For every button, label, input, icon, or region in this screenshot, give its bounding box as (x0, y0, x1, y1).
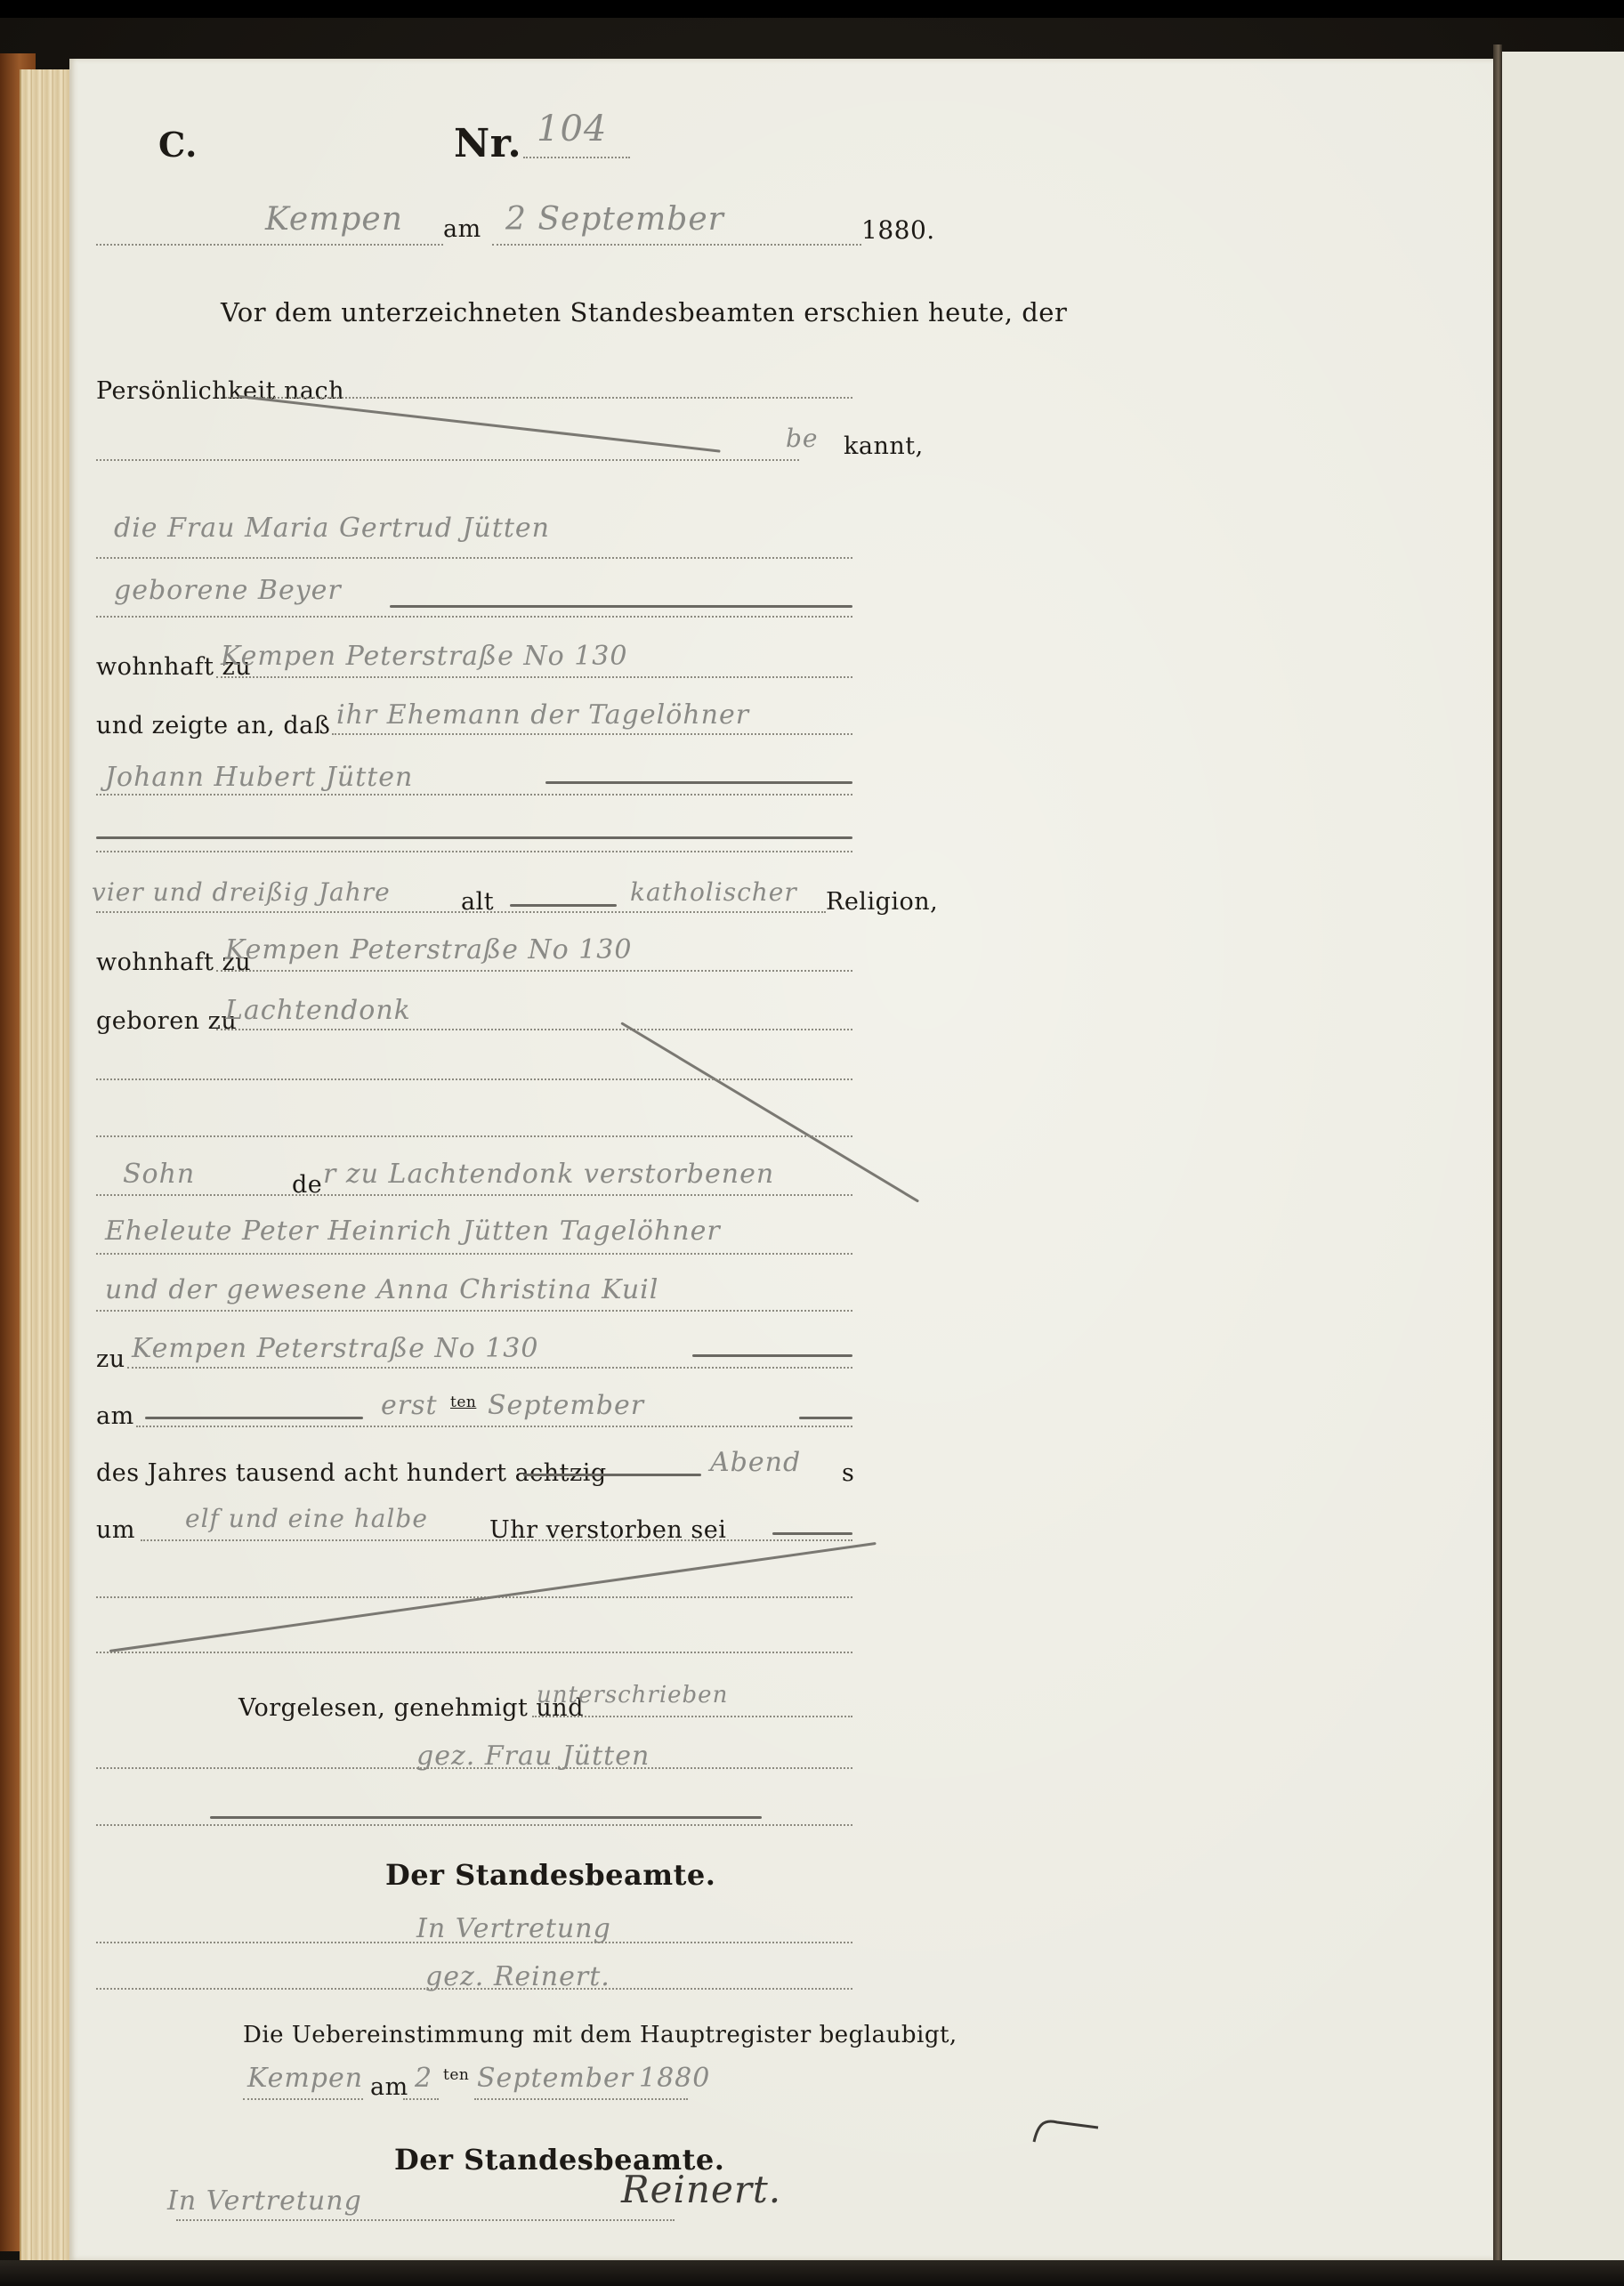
final-signature-name: Reinert. (621, 2168, 781, 2211)
announcement-value: ihr Ehemann der Tagelöhner (336, 699, 749, 731)
death-place-line (127, 1367, 852, 1369)
parents-father: Eheleute Peter Heinrich Jütten Tagelöhne… (105, 1216, 721, 1247)
religion-label: Religion, (826, 888, 938, 916)
death-day-suffix: ten (450, 1393, 476, 1411)
blank-line (96, 1078, 852, 1080)
death-time-of-day-suffix: s (842, 1459, 854, 1487)
announcement-line (332, 733, 852, 735)
record-number: 104 (537, 109, 607, 149)
officer-signature-line-1: In Vertretung (416, 1913, 611, 1944)
strike-through-identity (238, 395, 721, 453)
officer-sig-line-1 (96, 1942, 852, 1943)
deceased-name-line (96, 794, 852, 796)
informant-residence: Kempen Peterstraße No 130 (221, 641, 627, 672)
fill-rule (523, 1474, 701, 1476)
window-title-bar: /Abt_Rheinland/PA_3103/~146/14646/R_PA_3… (0, 0, 1624, 18)
cert-day-line (403, 2098, 439, 2100)
cert-month-line (474, 2098, 688, 2100)
death-month: September (488, 1390, 644, 1421)
read-approved-line (532, 1716, 852, 1717)
read-approved-label: Vorgelesen, genehmigt und (238, 1694, 584, 1722)
fill-rule (799, 1417, 852, 1419)
death-hour-line (141, 1539, 852, 1541)
religion-value: katholischer (630, 877, 797, 907)
birthplace-value: Lachtendonk (225, 995, 411, 1026)
informant-residence-line (216, 676, 852, 678)
announcement-label: und zeigte an, daß (96, 712, 330, 739)
blank-line (96, 1652, 852, 1653)
officer-sig-line-2 (96, 1988, 852, 1990)
series-letter: C. (158, 125, 198, 165)
cert-place: Kempen (247, 2063, 363, 2094)
page-stack-edges (20, 69, 73, 2263)
book-cover-bottom (0, 2260, 1624, 2286)
cert-day-suffix: ten (443, 2066, 469, 2084)
death-day: erst (381, 1390, 438, 1421)
cert-place-line (243, 2098, 363, 2100)
informant-line-1 (96, 557, 852, 559)
cert-year: 1880 (639, 2063, 710, 2094)
parents-line-2 (96, 1253, 852, 1255)
identity-known: kannt, (844, 432, 924, 460)
facing-page (1502, 52, 1624, 2260)
identity-label: Persönlichkeit nach (96, 377, 344, 405)
parents-origin: r zu Lachtendonk verstorbenen (323, 1159, 774, 1190)
deceased-age: vier und dreißig Jahre (92, 877, 391, 907)
cert-am-label: am (370, 2073, 408, 2101)
parents-line-1 (96, 1194, 852, 1196)
read-approved-value: unterschrieben (537, 1682, 728, 1708)
registration-date: 2 September (505, 201, 724, 238)
signature-line (96, 1767, 852, 1769)
cert-month: September (477, 2063, 634, 2094)
fill-rule (210, 1816, 762, 1819)
register-page: C. Nr. 104 Kempen am 2 September 1880. V… (69, 59, 1493, 2260)
officer-title: Der Standesbeamte. (385, 1858, 715, 1892)
identity-line-2 (96, 459, 799, 461)
registration-place: Kempen (265, 201, 403, 238)
informant-maiden-name: geborene Beyer (114, 575, 342, 606)
date-line (492, 244, 861, 246)
blank-line (96, 1824, 852, 1826)
number-label: Nr. (454, 121, 521, 166)
identity-line (225, 397, 852, 399)
blank-line (96, 1135, 852, 1137)
identity-prefix: be (786, 424, 819, 453)
birthplace-line (216, 1029, 852, 1030)
death-hour-label: um (96, 1516, 135, 1544)
final-signature-prefix: In Vertretung (167, 2185, 362, 2217)
death-time-of-day: Abend (710, 1447, 801, 1478)
fill-rule (96, 836, 852, 839)
book-gutter (1493, 44, 1502, 2260)
death-place-label: zu (96, 1345, 125, 1373)
deceased-name: Johann Hubert Jütten (105, 762, 413, 793)
parents-relation: Sohn (123, 1159, 195, 1190)
death-day-label: am (96, 1402, 134, 1430)
final-signature-line (176, 2219, 675, 2221)
fill-rule (510, 904, 617, 907)
age-religion-line (96, 911, 826, 913)
informant-line-2 (96, 616, 852, 618)
death-day-line (136, 1426, 852, 1427)
place-line (96, 244, 443, 246)
fill-rule (390, 605, 852, 608)
am-label: am (443, 215, 481, 243)
registration-year: 1880. (861, 215, 935, 245)
intro-line-1: Vor dem unterzeichneten Standesbeamten e… (221, 297, 1067, 327)
fill-rule (772, 1532, 852, 1535)
blank-line (96, 851, 852, 852)
parents-line-3 (96, 1310, 852, 1312)
fill-rule (545, 781, 852, 784)
fill-rule (145, 1417, 363, 1419)
deceased-residence: Kempen Peterstraße No 130 (225, 934, 632, 965)
parents-mother: und der gewesene Anna Christina Kuil (105, 1274, 658, 1305)
deceased-residence-line (216, 970, 852, 972)
birthplace-label: geboren zu (96, 1007, 237, 1035)
signature-flourish (1030, 2110, 1102, 2145)
death-hour: elf und eine halbe (185, 1504, 428, 1533)
informant-name: die Frau Maria Gertrud Jütten (114, 513, 550, 544)
death-place: Kempen Peterstraße No 130 (132, 1333, 538, 1364)
number-line (523, 157, 630, 158)
cert-day: 2 (415, 2063, 432, 2094)
certification-text: Die Uebereinstimmung mit dem Hauptregist… (243, 2022, 957, 2048)
fill-rule (692, 1354, 852, 1357)
